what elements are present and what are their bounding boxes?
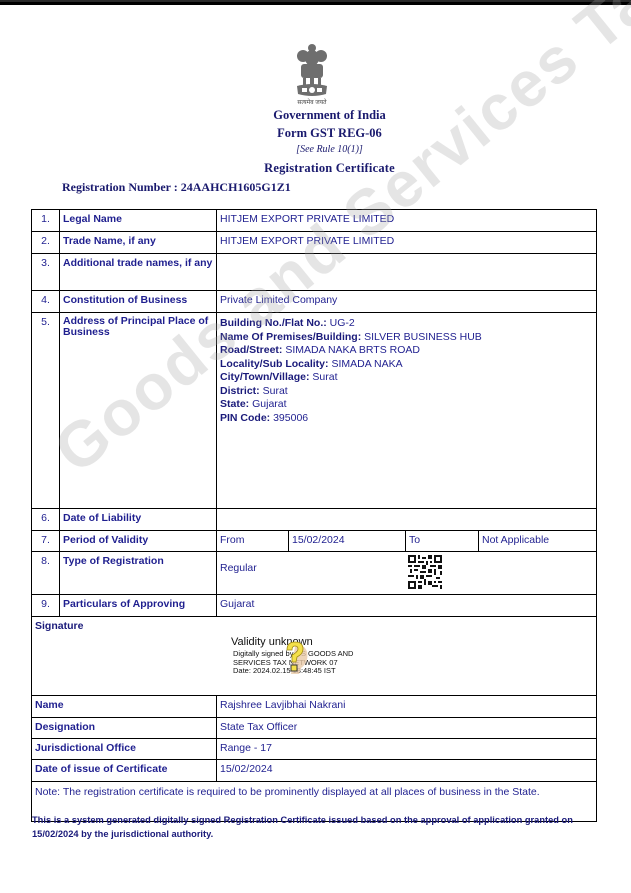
officer-row: Name Rajshree Lavjibhai Nakrani [32, 696, 597, 718]
officer-row: Designation State Tax Officer [32, 718, 597, 739]
address-value: Building No./Flat No.: UG-2 Name Of Prem… [217, 313, 597, 509]
table-row: 2. Trade Name, if any HITJEM EXPORT PRIV… [32, 232, 597, 254]
table-row: 8. Type of Registration Regular [32, 552, 597, 595]
row-number: 2. [32, 232, 60, 254]
form-title: Form GST REG-06 [14, 126, 631, 141]
address-line: District: Surat [220, 385, 593, 399]
registration-number: Registration Number : 24AAHCH1605G1Z1 [62, 180, 291, 195]
table-row: 6. Date of Liability [32, 509, 597, 531]
registration-type-value: Regular [220, 562, 257, 574]
row-label: Additional trade names, if any [60, 254, 217, 291]
footer-statement: This is a system generated digitally sig… [32, 813, 602, 841]
registration-number-value: 24AAHCH1605G1Z1 [181, 180, 291, 194]
table-row: 1. Legal Name HITJEM EXPORT PRIVATE LIMI… [32, 210, 597, 232]
table-row: 7. Period of Validity From 15/02/2024 To… [32, 531, 597, 552]
qr-code-icon [408, 555, 442, 589]
address-line: PIN Code: 395006 [220, 412, 593, 426]
table-row: 9. Particulars of Approving Gujarat [32, 595, 597, 617]
issue-date-label: Date of issue of Certificate [32, 760, 217, 782]
row-label: Constitution of Business [60, 291, 217, 313]
row-label: Date of Liability [60, 509, 217, 531]
officer-row: Date of issue of Certificate 15/02/2024 [32, 760, 597, 782]
designation-value: State Tax Officer [217, 718, 597, 739]
table-row: 4. Constitution of Business Private Limi… [32, 291, 597, 313]
validity-from-date: 15/02/2024 [289, 531, 406, 552]
signature-unknown-question-icon [283, 640, 313, 676]
row-label: Period of Validity [60, 531, 217, 552]
rule-reference: [See Rule 10(1)] [14, 144, 631, 155]
constitution-value: Private Limited Company [217, 291, 597, 313]
row-number: 7. [32, 531, 60, 552]
government-title: Government of India [14, 108, 631, 123]
jurisdictional-office-value: Range - 17 [217, 739, 597, 760]
address-line: State: Gujarat [220, 398, 593, 412]
certificate-title: Registration Certificate [14, 161, 631, 176]
issue-date-value: 15/02/2024 [217, 760, 597, 782]
officer-name-label: Name [32, 696, 217, 718]
validity-to-value: Not Applicable [479, 531, 597, 552]
certificate-table: 1. Legal Name HITJEM EXPORT PRIVATE LIMI… [31, 209, 597, 822]
window-top-bar [0, 0, 631, 5]
national-emblem-icon: सत्यमेव जयते [291, 40, 333, 106]
row-label: Trade Name, if any [60, 232, 217, 254]
row-label: Legal Name [60, 210, 217, 232]
designation-label: Designation [32, 718, 217, 739]
row-label: Particulars of Approving [60, 595, 217, 617]
row-number: 5. [32, 313, 60, 509]
date-of-liability-value [217, 509, 597, 531]
signature-cell: Signature Validity unknown Digitally sig… [32, 617, 597, 696]
jurisdictional-office-label: Jurisdictional Office [32, 739, 217, 760]
row-number: 3. [32, 254, 60, 291]
row-number: 4. [32, 291, 60, 313]
row-number: 1. [32, 210, 60, 232]
address-line: Locality/Sub Locality: SIMADA NAKA [220, 358, 593, 372]
address-line: Road/Street: SIMADA NAKA BRTS ROAD [220, 344, 593, 358]
signature-label: Signature [35, 620, 593, 632]
validity-to-label: To [406, 531, 479, 552]
table-row: 3. Additional trade names, if any [32, 254, 597, 291]
row-number: 9. [32, 595, 60, 617]
address-line: Name Of Premises/Building: SILVER BUSINE… [220, 331, 593, 345]
digital-signature[interactable]: Validity unknown Digitally signed by DS … [231, 636, 353, 676]
svg-text:सत्यमेव जयते: सत्यमेव जयते [297, 98, 327, 106]
trade-name-value: HITJEM EXPORT PRIVATE LIMITED [217, 232, 597, 254]
signature-row: Signature Validity unknown Digitally sig… [32, 617, 597, 696]
validity-from-label: From [217, 531, 289, 552]
row-number: 6. [32, 509, 60, 531]
row-label: Address of Principal Place of Business [60, 313, 217, 509]
officer-row: Jurisdictional Office Range - 17 [32, 739, 597, 760]
address-line: City/Town/Village: Surat [220, 371, 593, 385]
row-label: Type of Registration [60, 552, 217, 595]
table-row: 5. Address of Principal Place of Busines… [32, 313, 597, 509]
additional-trade-names-value [217, 254, 597, 291]
row-number: 8. [32, 552, 60, 595]
registration-type-cell: Regular [217, 552, 597, 595]
officer-name-value: Rajshree Lavjibhai Nakrani [217, 696, 597, 718]
legal-name-value: HITJEM EXPORT PRIVATE LIMITED [217, 210, 597, 232]
registration-number-label: Registration Number : [62, 180, 178, 194]
approving-particulars-value: Gujarat [217, 595, 597, 617]
address-line: Building No./Flat No.: UG-2 [220, 317, 593, 331]
